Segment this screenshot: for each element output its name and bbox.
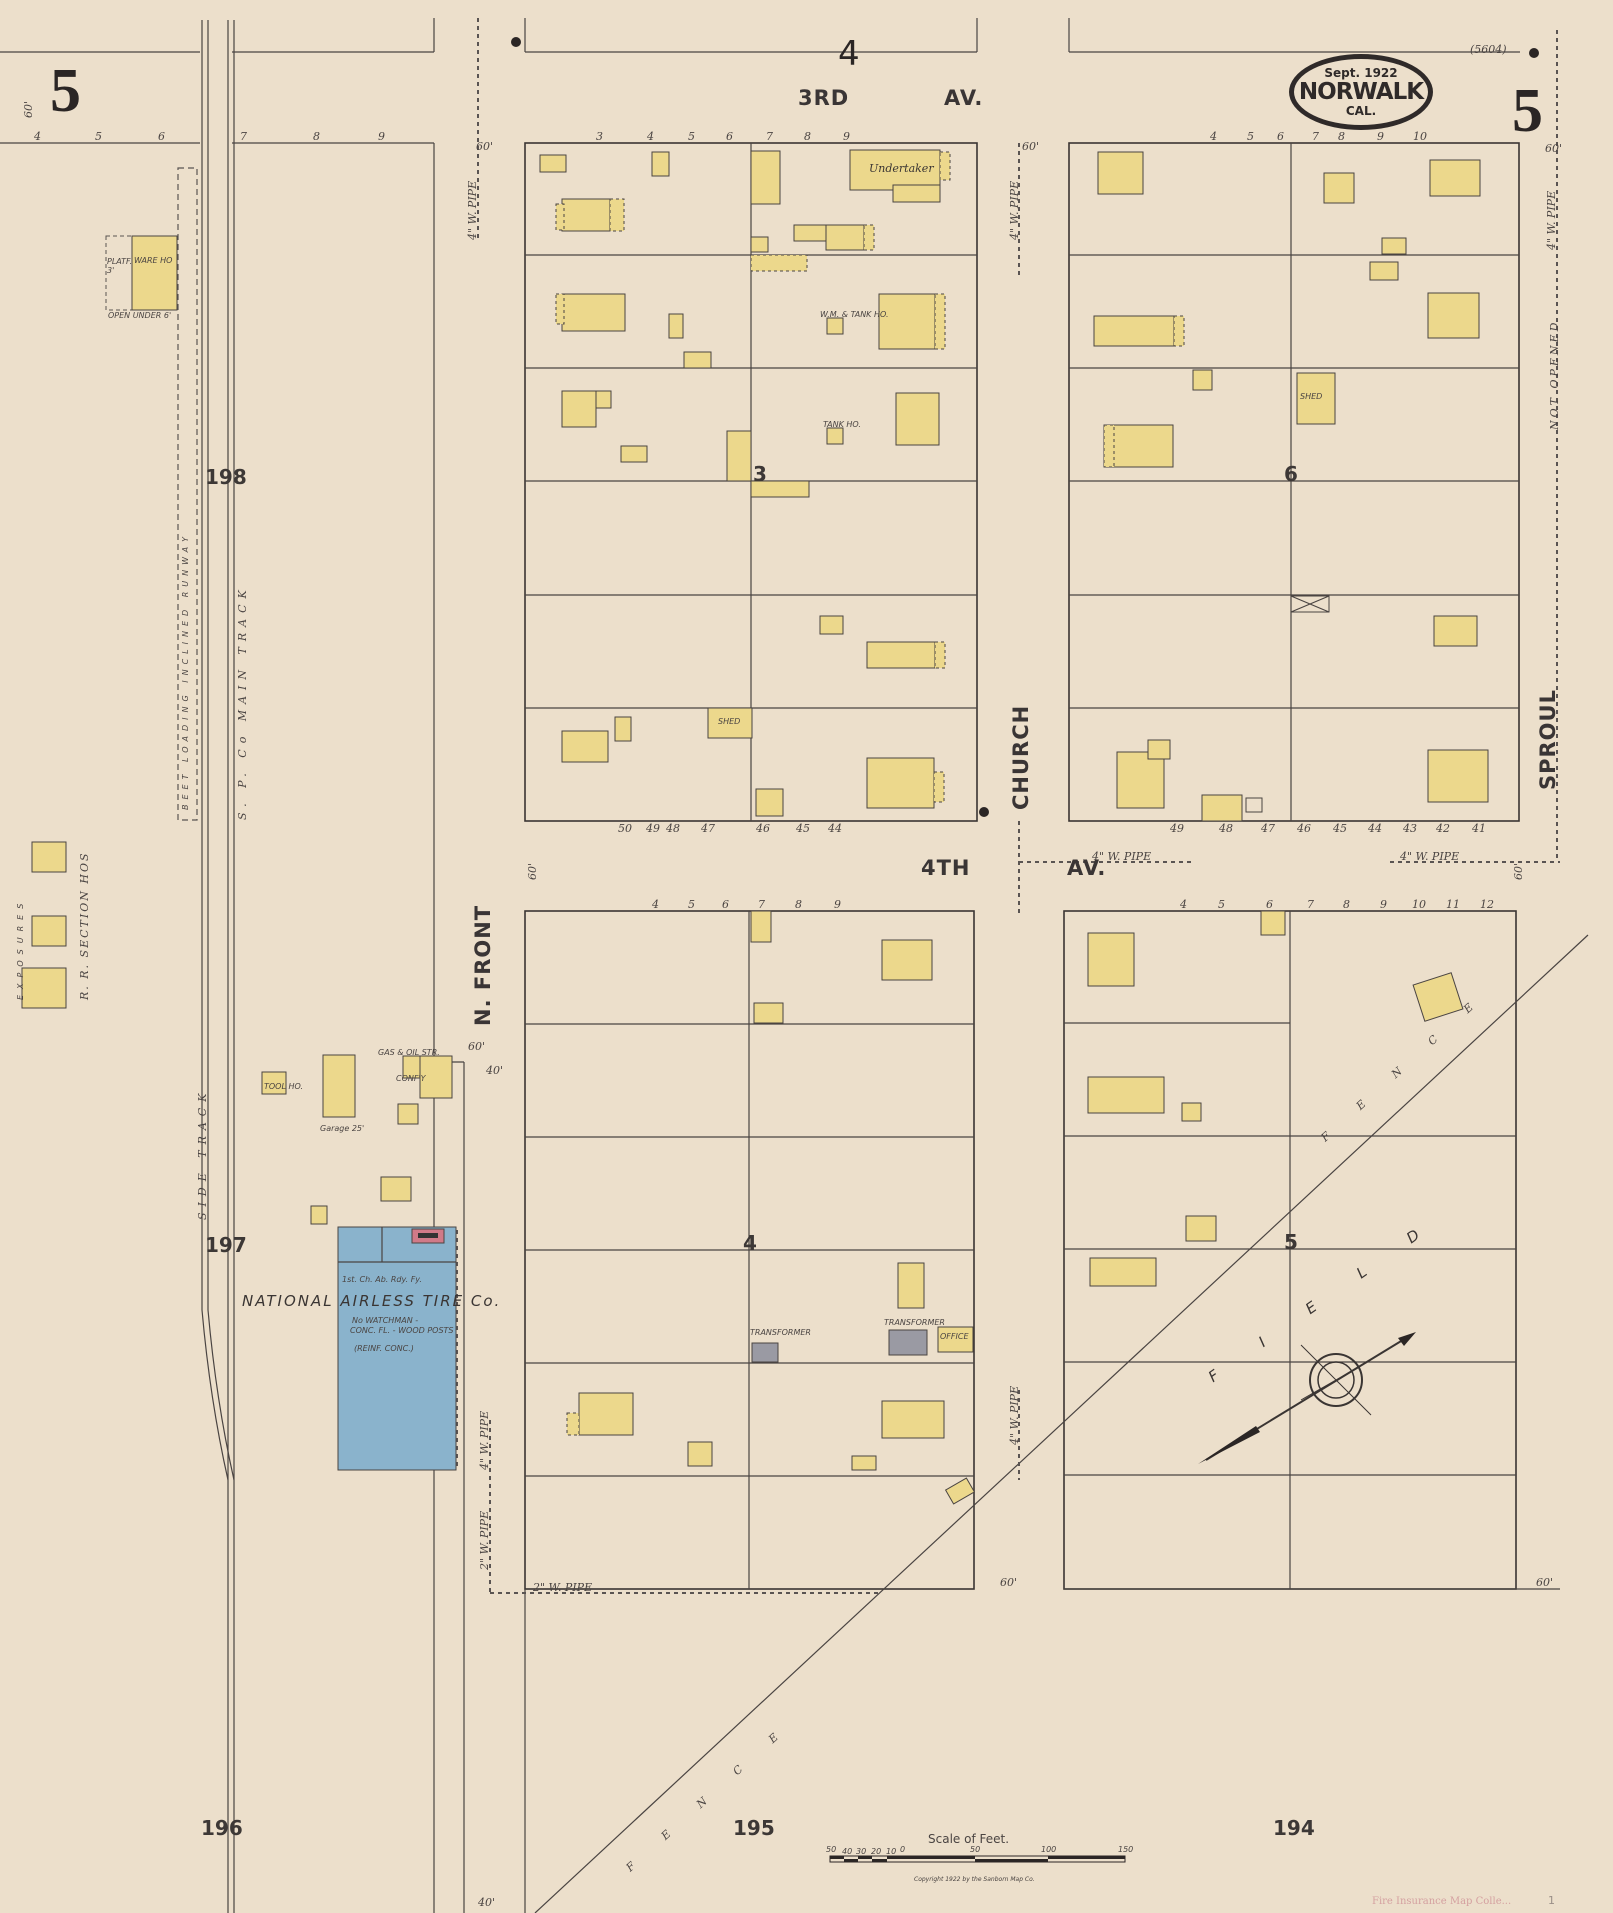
page-indicator: 1 [1548, 1894, 1555, 1907]
scale-tick: 50 [970, 1845, 980, 1854]
adjacent-sheet-top: 4 [838, 34, 860, 74]
lot-number: 4 [1210, 130, 1217, 143]
adjacent-sheet-right: 5 [1512, 80, 1543, 142]
lot-number: 5 [1247, 130, 1254, 143]
undertaker-label: Undertaker [869, 162, 934, 175]
lot-number: 7 [758, 898, 765, 911]
lot-number: 48 [1219, 822, 1233, 835]
lot-number: 8 [804, 130, 811, 143]
title-cartouche: Sept. 1922 NORWALK CAL. [1289, 54, 1433, 130]
lot-number: 7 [240, 130, 247, 143]
dim-60-front: 60' [476, 140, 493, 153]
lot-number: 6 [726, 130, 733, 143]
lot-number: 8 [795, 898, 802, 911]
transformer-label-1: TRANSFORMER [750, 1328, 811, 1337]
scale-tick: 40 [842, 1847, 852, 1856]
dim-60-sproul: 60' [1545, 142, 1562, 155]
lot-number: 7 [1312, 130, 1319, 143]
national-airless-tire-label: NATIONAL AIRLESS TIRE Co. [242, 1292, 501, 1310]
adjacent-sheet-198: 198 [205, 465, 247, 489]
platform-label: PLATF. 3' [107, 257, 131, 275]
adjacent-sheet-left: 5 [50, 60, 81, 122]
lot-number: 8 [313, 130, 320, 143]
scale-tick: 50 [826, 1845, 836, 1854]
lot-number: 4 [647, 130, 654, 143]
lot-number: 6 [158, 130, 165, 143]
tire-note-watchman: No WATCHMAN - [352, 1316, 418, 1325]
lot-number: 5 [1218, 898, 1225, 911]
lot-number: 6 [1266, 898, 1273, 911]
lot-number: 10 [1413, 130, 1427, 143]
pipe-label-front-lower-4: 4" W. PIPE [478, 1411, 491, 1470]
pipe-label-church-lower: 4" W. PIPE [1008, 1386, 1021, 1445]
loading-runway-label: BEET LOADING INCLINED RUNWAY [181, 532, 190, 810]
lot-number: 42 [1436, 822, 1450, 835]
tire-note-reinforced: (REINF. CONC.) [354, 1344, 414, 1353]
scale-bar [830, 1856, 1125, 1862]
dim-40-bottom: 40' [478, 1896, 495, 1909]
wm-tank-label: W.M. & TANK HO. [820, 310, 889, 319]
side-track-label: SIDE TRACK [196, 1088, 209, 1220]
block-number-4: 4 [743, 1231, 757, 1255]
dim-60-church: 60' [1022, 140, 1039, 153]
transformer-label-2: TRANSFORMER [884, 1318, 945, 1327]
collection-watermark: Fire Insurance Map Colle... [1372, 1896, 1511, 1907]
lot-number: 49 [1170, 822, 1184, 835]
street-n-front: N. FRONT [471, 905, 495, 1026]
dim-40-front: 40' [486, 1064, 503, 1077]
tool-house-label: TOOL HO. [264, 1082, 303, 1091]
lot-number: 9 [378, 130, 385, 143]
block-number-6: 6 [1284, 462, 1298, 486]
dim-60-bottom-right: 60' [1536, 1576, 1553, 1589]
street-4th-av: 4TH [921, 856, 971, 880]
lot-number: 6 [1277, 130, 1284, 143]
dim-60-4th: 60' [526, 863, 539, 880]
street-sproul: SPROUL [1536, 689, 1560, 790]
dim-60-4th-right: 60' [1512, 863, 1525, 880]
gas-oil-label: GAS & OIL STR. [378, 1048, 440, 1057]
not-opened-label: NOT OPENED [1548, 320, 1561, 430]
lot-number: 10 [1412, 898, 1426, 911]
lot-number: 8 [1338, 130, 1345, 143]
tank-house-label: TANK HO. [823, 420, 861, 429]
street-church: CHURCH [1009, 705, 1033, 810]
lot-number: 44 [1368, 822, 1382, 835]
lot-number: 50 [618, 822, 632, 835]
lot-number: 49 [646, 822, 660, 835]
adjacent-sheet-196: 196 [201, 1816, 243, 1840]
lot-number: 41 [1472, 822, 1486, 835]
street-3rd-av: 3RD [798, 86, 849, 110]
dim-60-left: 60' [22, 101, 35, 118]
lot-number: 47 [1261, 822, 1275, 835]
lot-number: 7 [1307, 898, 1314, 911]
lot-number: 9 [834, 898, 841, 911]
scale-tick: 30 [856, 1847, 866, 1856]
adjacent-sheet-194: 194 [1273, 1816, 1315, 1840]
rr-section-label: R. R. SECTION HOS [78, 851, 91, 1000]
main-track-label: S. P. Co MAIN TRACK [236, 584, 249, 820]
lot-number: 9 [1380, 898, 1387, 911]
shed-label-block3: SHED [718, 717, 740, 726]
lot-number: 4 [1180, 898, 1187, 911]
pipe-label-bottom: 2" W. PIPE [533, 1581, 592, 1594]
lot-number: 5 [688, 898, 695, 911]
lot-number: 9 [1377, 130, 1384, 143]
pipe-label-4th-left: 4" W. PIPE [1092, 850, 1151, 863]
scale-tick: 150 [1118, 1845, 1133, 1854]
pipe-label-4th-right: 4" W. PIPE [1400, 850, 1459, 863]
open-under-label: OPEN UNDER 6' [108, 311, 171, 320]
lot-number: 12 [1480, 898, 1494, 911]
lot-number: 4 [652, 898, 659, 911]
lot-number: 45 [1333, 822, 1347, 835]
lot-number: 9 [843, 130, 850, 143]
sheet-ref-number: (5604) [1470, 43, 1507, 56]
lot-number: 46 [1297, 822, 1311, 835]
copyright-notice: Copyright 1922 by the Sanborn Map Co. [914, 1876, 1035, 1883]
lot-number: 43 [1403, 822, 1417, 835]
adjacent-sheet-195: 195 [733, 1816, 775, 1840]
pipe-label-front-top: 4" W. PIPE [466, 181, 479, 240]
lot-number: 45 [796, 822, 810, 835]
lot-number: 44 [828, 822, 842, 835]
dim-60-bottom: 60' [1000, 1576, 1017, 1589]
scale-tick: 20 [871, 1847, 881, 1856]
block-number-3: 3 [753, 462, 767, 486]
warehouse-label: WARE HO [134, 256, 172, 265]
lot-number: 7 [766, 130, 773, 143]
street-3rd-av-suffix: AV. [944, 86, 983, 110]
lot-number: 47 [701, 822, 715, 835]
map-date: Sept. 1922 [1294, 66, 1428, 80]
office-label: OFFICE [940, 1332, 969, 1341]
scale-title: Scale of Feet. [928, 1832, 1009, 1846]
block-number-5: 5 [1284, 1230, 1298, 1254]
pipe-label-church-top: 4" W. PIPE [1008, 181, 1021, 240]
lot-number: 48 [666, 822, 680, 835]
map-linework: .ln{stroke:#4a4442;stroke-width:1.2;fill… [0, 0, 1613, 1913]
lot-number: 11 [1446, 898, 1460, 911]
pipe-label-sproul: 4" W. PIPE [1545, 191, 1558, 250]
lot-number: 5 [95, 130, 102, 143]
scale-tick: 0 [900, 1845, 905, 1854]
conf-label: CONF'Y [396, 1074, 426, 1083]
state-name: CAL. [1294, 104, 1428, 118]
scale-tick: 10 [886, 1847, 896, 1856]
lot-number: 3 [596, 130, 603, 143]
pipe-label-front-lower-2: 2" W. PIPE [478, 1511, 491, 1570]
lot-number: 8 [1343, 898, 1350, 911]
adjacent-sheet-197: 197 [205, 1233, 247, 1257]
exposures-label: EXPOSURES [16, 898, 25, 1000]
tire-note-construction: CONC. FL. - WOOD POSTS [350, 1326, 453, 1335]
city-name: NORWALK [1294, 80, 1428, 104]
shed-label-block6: SHED [1300, 392, 1322, 401]
dim-60-front-lower: 60' [468, 1040, 485, 1053]
lot-number: 5 [688, 130, 695, 143]
tire-note-top: 1st. Ch. Ab. Rdy. Fy. [342, 1275, 422, 1284]
lot-number: 46 [756, 822, 770, 835]
scale-tick: 100 [1041, 1845, 1056, 1854]
lot-number: 4 [34, 130, 41, 143]
garage-label: Garage 25' [320, 1124, 364, 1133]
lot-number: 6 [722, 898, 729, 911]
